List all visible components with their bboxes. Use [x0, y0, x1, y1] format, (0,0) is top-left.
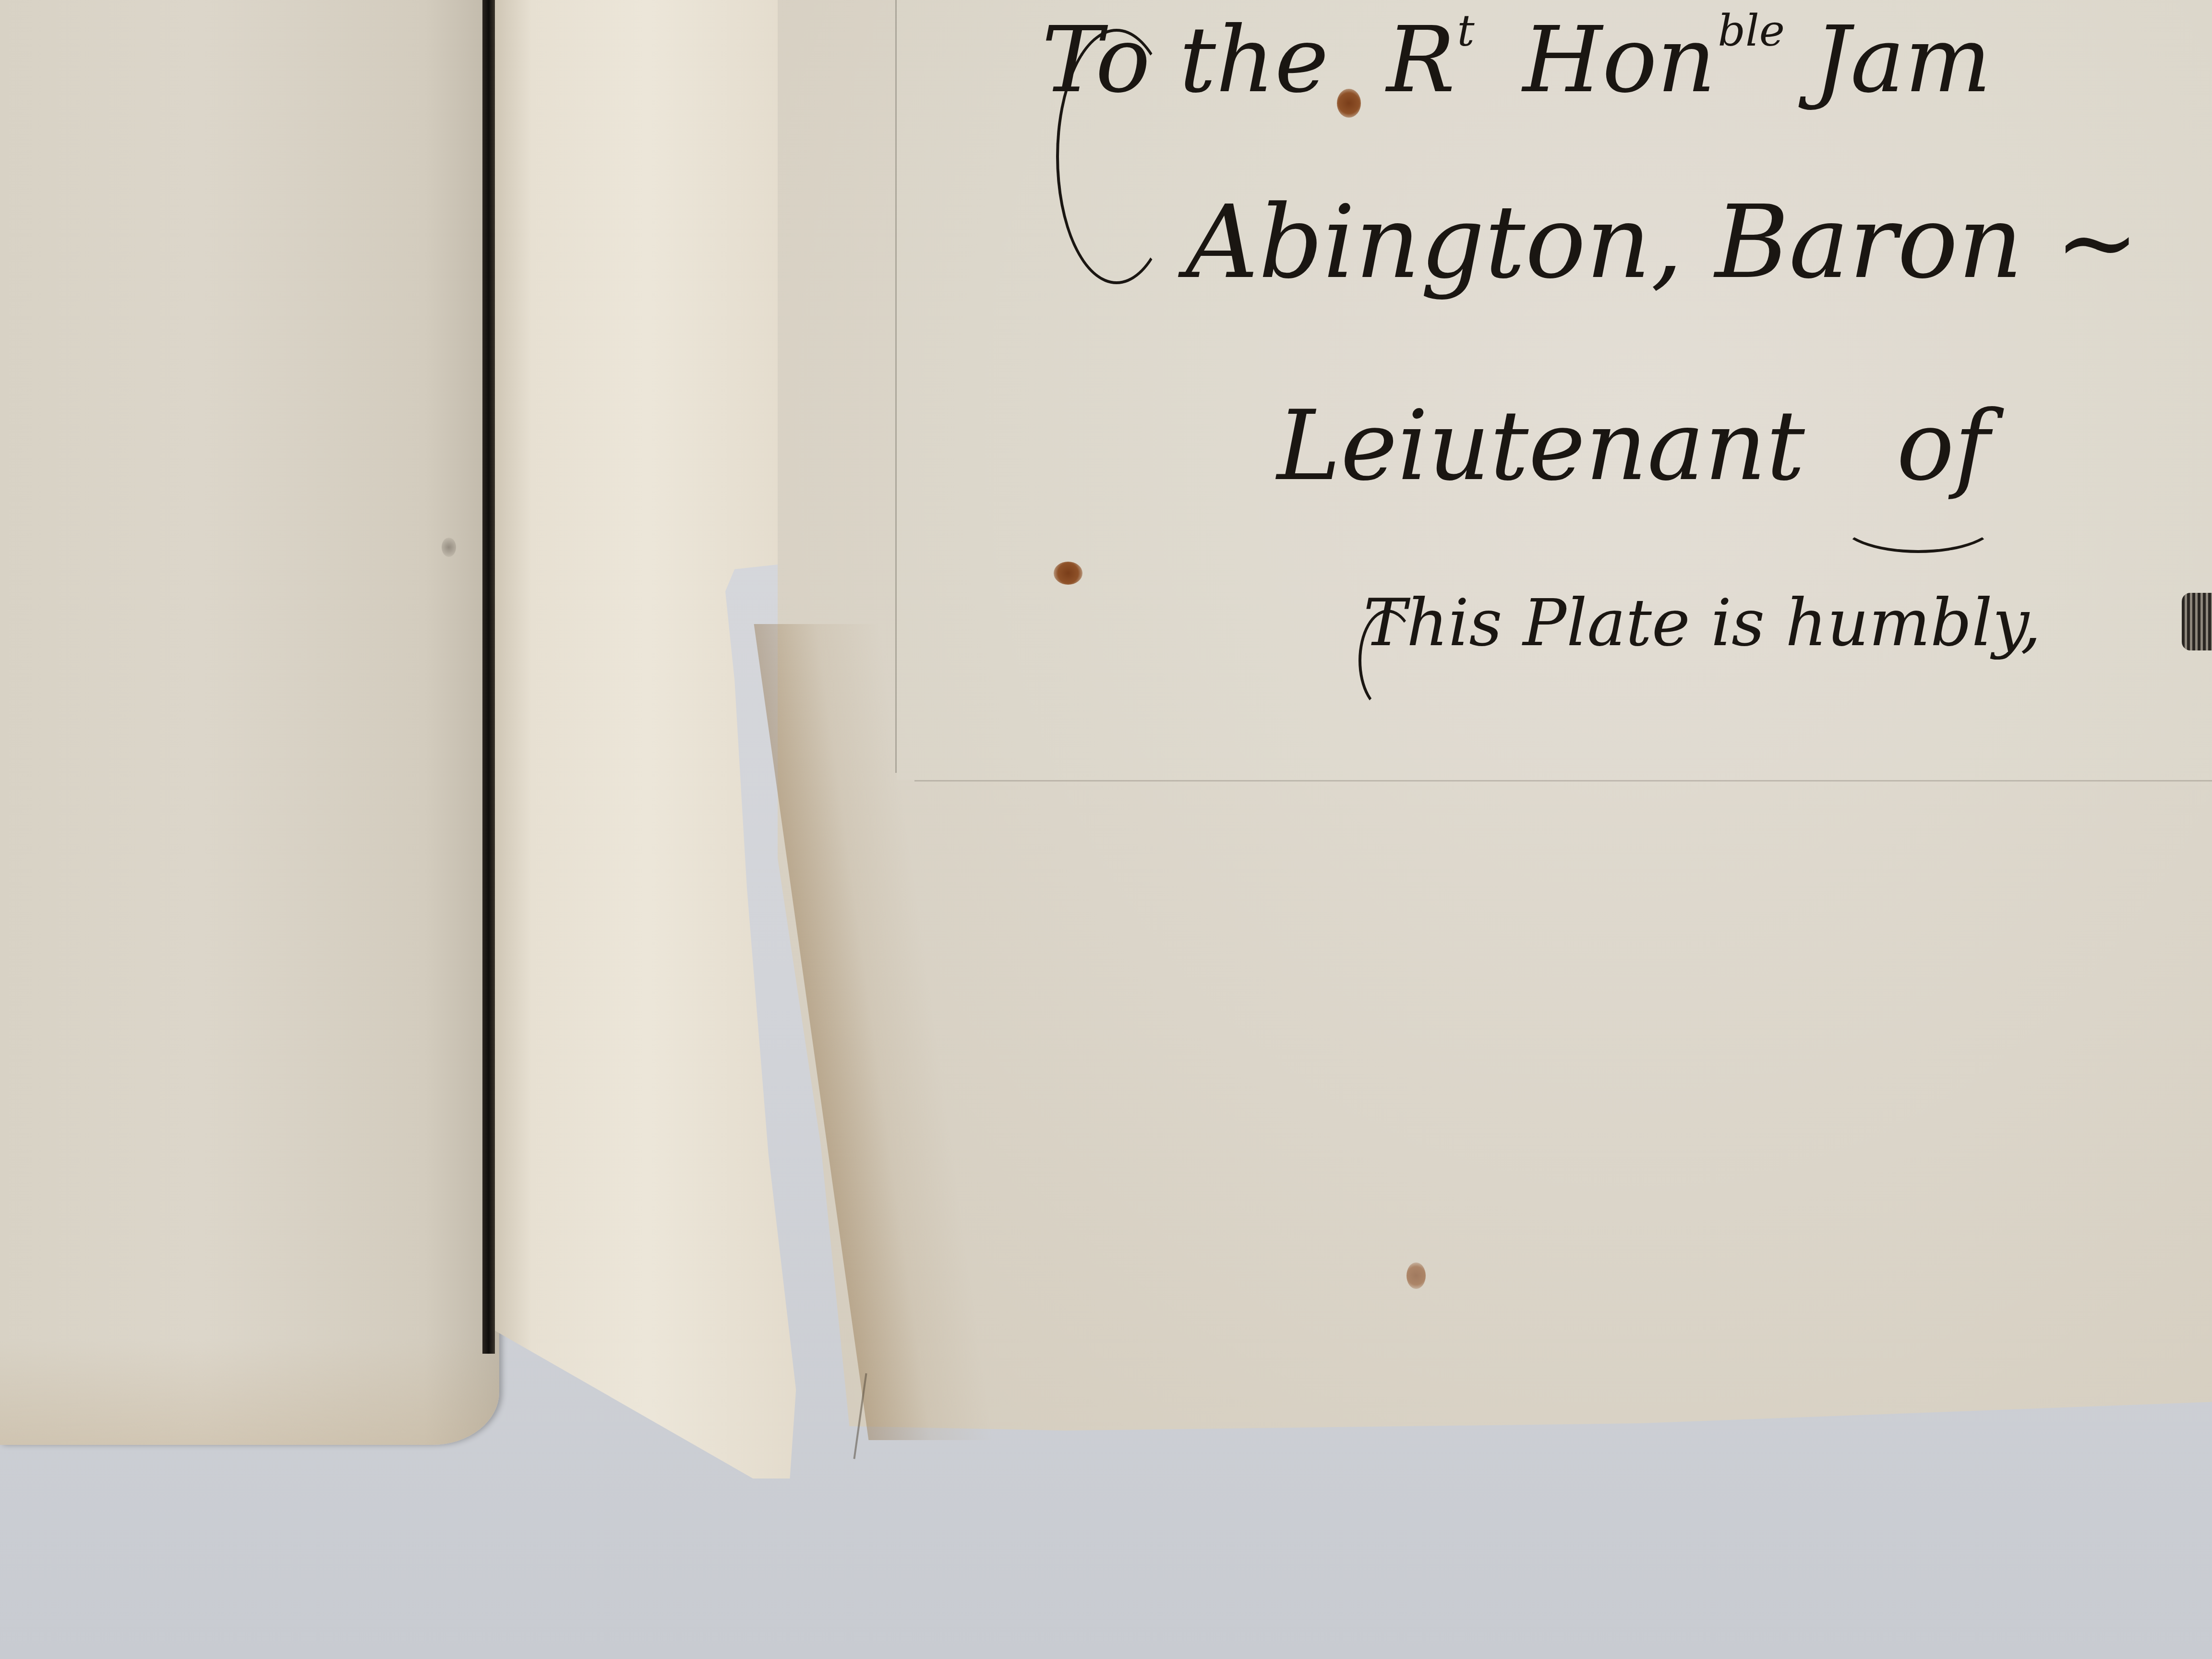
- left-page: [0, 0, 499, 1445]
- dedication-line-2-text: Abington, Baron ~: [1186, 183, 2140, 301]
- dedication-line-4: This Plate is humbly,: [1363, 590, 2041, 655]
- dedication-line-4-text: This Plate is humbly,: [1363, 585, 2041, 661]
- foxing-spot: [442, 538, 456, 557]
- foxing-spot: [1054, 562, 1082, 585]
- stub-leaf: [495, 0, 802, 1479]
- title-abbreviation-superscript: t: [1457, 6, 1474, 56]
- dedication-line-2: Abington, Baron ~: [1186, 192, 2140, 293]
- honorific: Hon: [1523, 7, 1716, 113]
- scroll-ornament-icon: [2182, 593, 2212, 650]
- title-abbreviation: R: [1386, 7, 1455, 113]
- honorific-superscript: ble: [1718, 6, 1785, 56]
- foxing-spot: [1407, 1262, 1426, 1289]
- book-gutter: [482, 0, 495, 1354]
- flourish-swash: [1839, 490, 1998, 553]
- name-fragment: Jam: [1814, 7, 1992, 113]
- left-page-shading: [0, 1339, 499, 1445]
- book-photo: To the Rt Honble Jam Abington, Baron ~ L…: [0, 0, 2212, 1659]
- dedication-line-1: To the Rt Honble Jam: [1042, 10, 1991, 106]
- flourish-swash: [1056, 29, 1177, 284]
- dedication-line-3: Leiutenant of: [1277, 398, 1990, 494]
- plate-mark-horizontal: [914, 780, 2212, 781]
- dedication-line-3-text: Leiutenant of: [1277, 390, 1990, 502]
- flourish-swash: [1358, 610, 1417, 711]
- plate-mark-vertical: [895, 0, 897, 773]
